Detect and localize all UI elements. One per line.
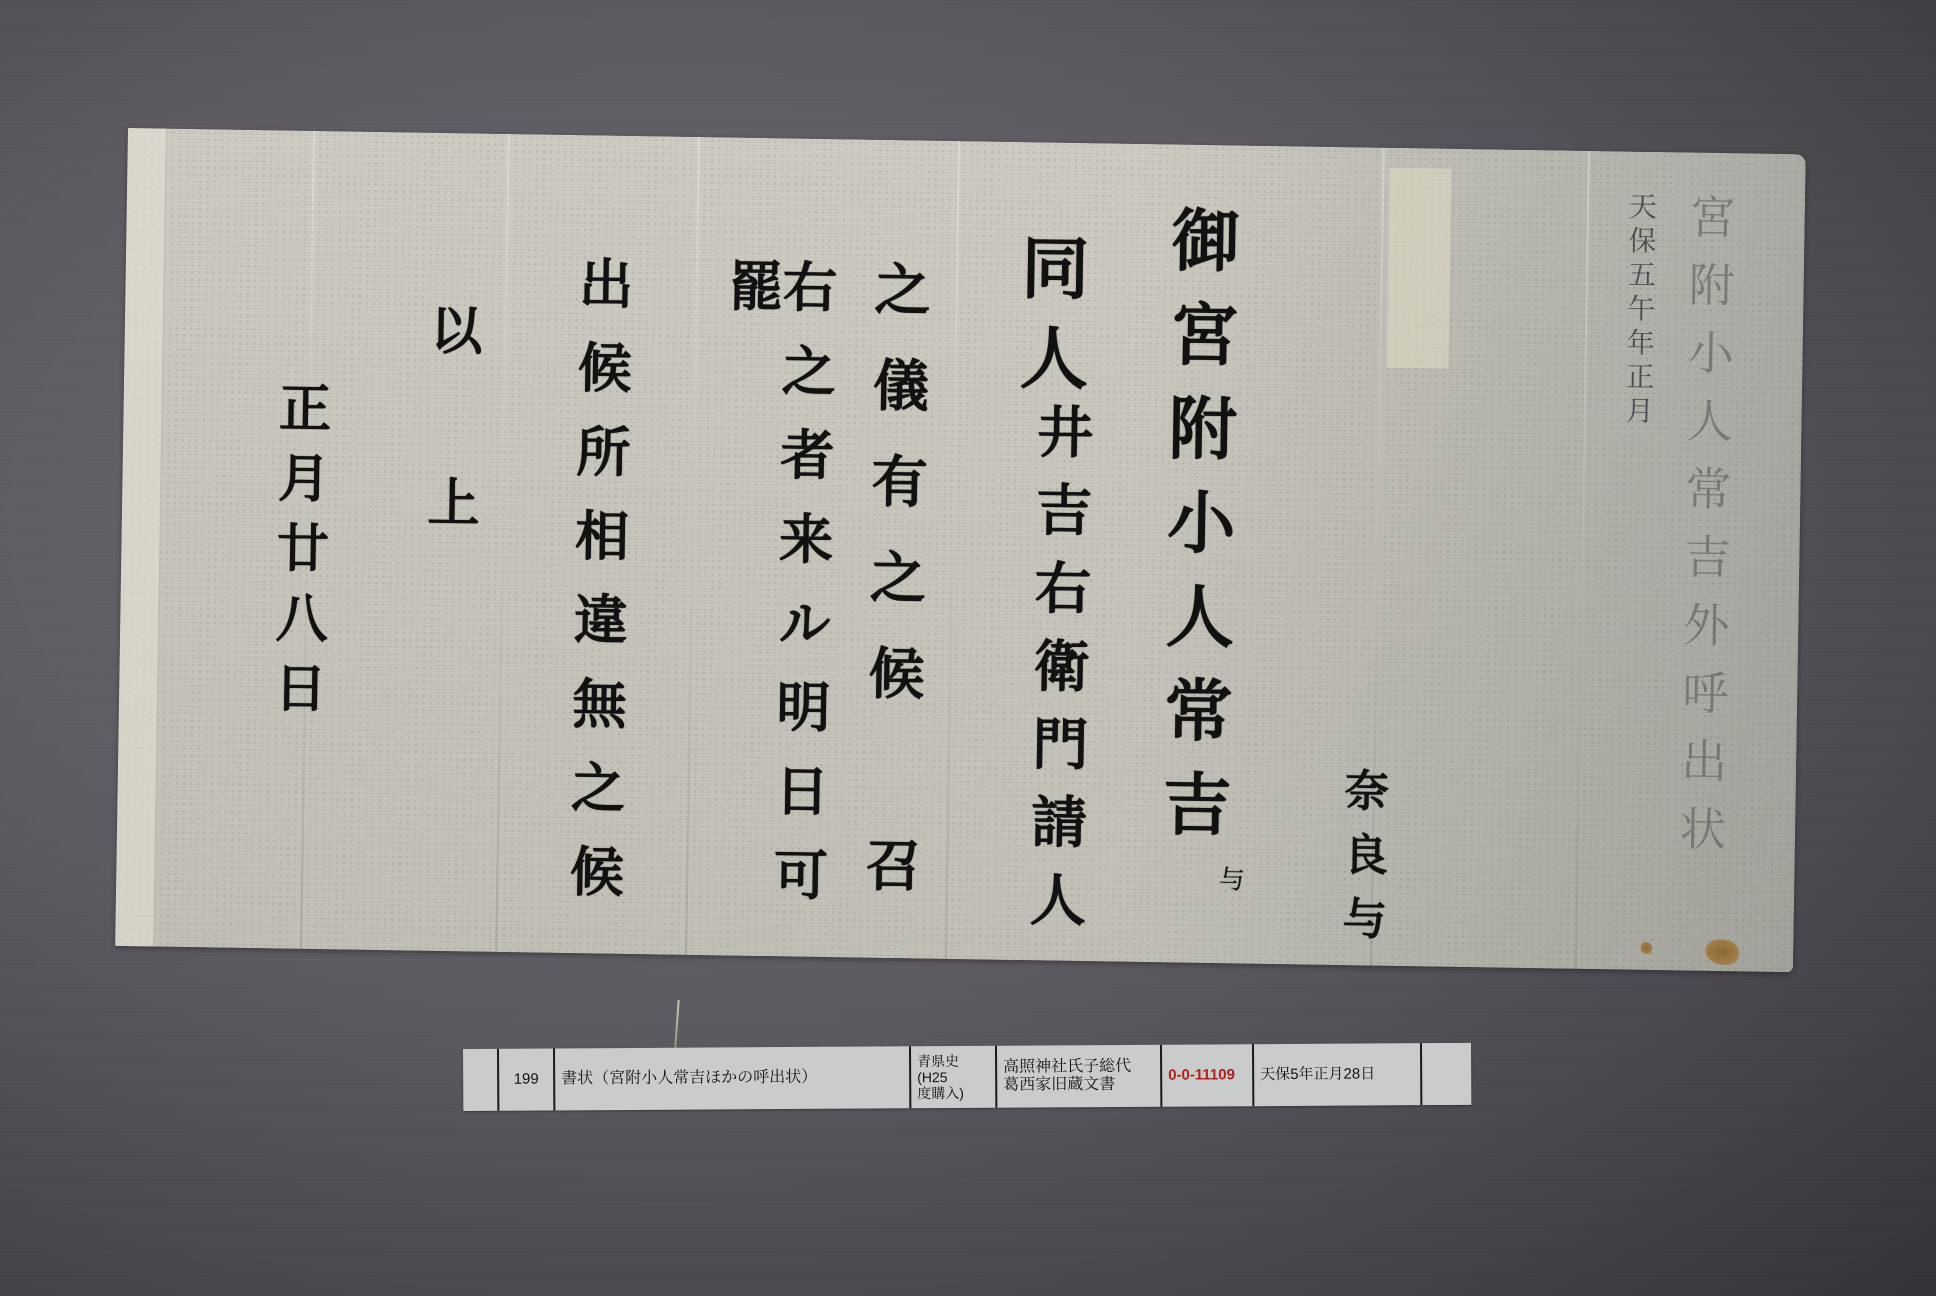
label-cell-collection: 高照神社氏子総代 葛西家旧蔵文書 [995,1045,1160,1108]
repair-tape-patch [1386,168,1451,369]
calligraphy-column-2-sub: 井吉右衛門請人 [1025,402,1090,949]
calligraphy-column-2: 同人 [1014,232,1085,413]
fold-line [685,137,700,955]
calligraphy-column-6: 以上 [420,303,477,648]
label-cell-number: 199 [497,1048,553,1110]
calligraphy-column-5: 出候所相違無之候 [566,255,631,928]
reverse-text-column: 宮附小人常吉外呼出状 [1676,192,1733,873]
calligraphy-column-3: 之儀有之候 召 [860,260,927,933]
label-cell-blank [1420,1043,1471,1105]
label-cell-blank [463,1049,497,1111]
catalog-label-strip: 199 書状（宮附小人常吉ほかの呼出状） 青県史(H25 度購入) 高照神社氏子… [463,1043,1471,1111]
label-cell-acquisition: 青県史(H25 度購入) [909,1046,995,1109]
fold-line [495,134,510,952]
calligraphy-column-4: 右之者来ル明日可罷 [715,257,834,957]
calligraphy-column-1: 御宮附小人常吉 [1157,204,1235,863]
calligraphy-column-7-date: 正月廿八日 [269,380,326,731]
brown-stain [1640,942,1652,954]
fold-line [1575,151,1590,969]
label-cell-date: 天保5年正月28日 [1252,1043,1420,1106]
label-cell-title: 書状（宮附小人常吉ほかの呼出状） [553,1046,909,1110]
label-cell-catalog-id: 0-0-11109 [1160,1044,1252,1107]
calligraphy-column-1-note: 与 [1216,865,1242,897]
brown-stain [1705,939,1739,966]
fold-line [945,141,960,959]
document-paper: 天保五午年正月 宮附小人常吉外呼出状 御宮附小人常吉 与 同人 井吉右衛門請人 … [115,128,1806,972]
signature: 奈良与 [1337,767,1384,960]
reverse-text-column: 天保五午年正月 [1623,192,1655,430]
